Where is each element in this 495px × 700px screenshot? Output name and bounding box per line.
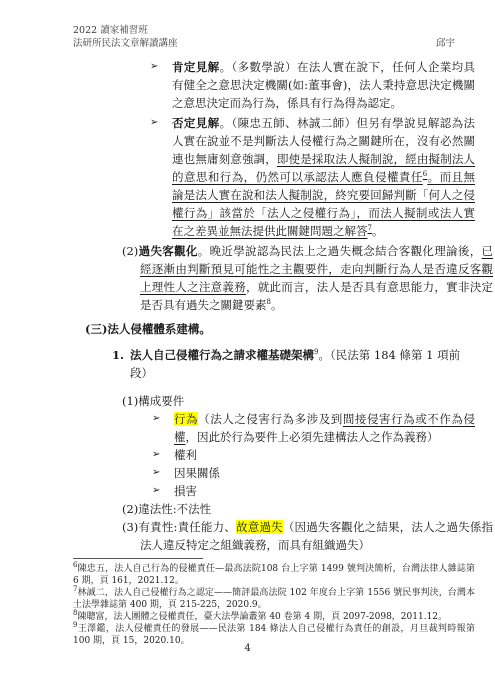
conduct-tail: ，因此於行為要件上必須先建構法人之作為義務） [186,430,439,444]
negligence-objectification: (2)過失客觀化。晚近學說認為民法上之過失概念結合客觀化理論後，已經逐漸由判斷預… [122,242,493,314]
footnote: 6陳忠五，法人自己行為的侵權責任—最高法院108 台上字第 1499 號判決簡析… [73,563,475,587]
heading-title: 法人自己侵權行為之請求權基礎架構 [130,348,314,362]
arrow-bullet-icon: ➢ [152,446,174,464]
opinion-negative: ➢ 否定見解。（陳忠五師、林誠二師）但另有學說見解認為法人實在說並不是判斷法人侵… [150,114,475,240]
footnote-text: 陳忠五，法人自己行為的侵權責任—最高法院108 台上字第 1499 號判決簡析，… [73,564,475,586]
punct: 。 [271,298,283,312]
list-label: (3) [122,520,138,534]
footnote-divider [73,558,203,559]
footnotes: 6陳忠五，法人自己行為的侵權責任—最高法院108 台上字第 1499 號判決簡析… [73,563,475,647]
punct: 。 [220,60,232,74]
opinion-negative-text: 否定見解。（陳忠五師、林誠二師）但另有學說見解認為法人實在說並不是判斷法人侵權行… [172,114,475,240]
header-course: 2022 讀家補習班 [73,24,178,37]
document-page: 2022 讀家補習班 法研所民法文章解讀講座 邱宇 ➢ 肯定見解。（多數學說）在… [0,0,495,700]
arrow-bullet-icon: ➢ [152,410,174,446]
header-left: 2022 讀家補習班 法研所民法文章解讀講座 [73,24,178,50]
illegality-text: 違法性:不法性 [138,502,211,516]
list-label: (1) [122,394,138,408]
punct: 。 [198,244,210,258]
punct: 。 [220,116,232,130]
arrow-bullet-icon: ➢ [150,114,172,240]
list-label: (2) [122,502,138,516]
opinion-affirmative-term: 肯定見解 [172,60,220,74]
punct: 。 [372,224,384,238]
header-seminar: 法研所民法文章解讀講座 [73,37,178,50]
highlighted-term: 故意過失 [236,520,283,534]
numbered-heading: 1. 法人自己侵權行為之請求權基礎架構9。（民法第 184 條第 1 項前段） [112,346,475,382]
element-right: ➢ 權利 [152,446,475,464]
page-number: 4 [0,640,495,658]
opinion-affirmative-text: 肯定見解。（多數學說）在法人實在說下，任何人企業均具有健全之意思決定機關(如:董… [172,58,475,112]
elements-title: 構成要件 [138,394,184,408]
element-conduct: ➢ 行為（法人之侵害行為多涉及到間接侵害行為或不作為侵權，因此於行為要件上必須先… [152,410,475,446]
culpability-line: (3)有責性:責任能力、故意過失（因過失客觀化之結果，法人之過失係指法人違反特定… [122,518,493,554]
element-label: 權利 [174,446,475,464]
elements-label-line: (1)構成要件 [122,392,475,410]
opinion-affirmative: ➢ 肯定見解。（多數學說）在法人實在說下，任何人企業均具有健全之意思決定機關(如… [150,58,475,112]
heading-number: 1. [112,346,130,382]
arrow-bullet-icon: ➢ [152,464,174,482]
punct: （ [198,412,210,426]
element-causation: ➢ 因果關係 [152,464,475,482]
conduct-lead: 法人之侵害行為多涉及到 [210,412,343,426]
footnote-text: 陳聰富，法人團體之侵權責任，臺大法學論叢第 40 卷第 4 期，頁 2097-2… [77,612,447,622]
opinion-negative-term: 否定見解 [172,116,220,130]
footnote: 8陳聰富，法人團體之侵權責任，臺大法學論叢第 40 卷第 4 期，頁 2097-… [73,611,475,623]
negligence-term: 過失客觀化 [138,244,197,258]
arrow-bullet-icon: ➢ [152,482,174,500]
element-conduct-text: 行為（法人之侵害行為多涉及到間接侵害行為或不作為侵權，因此於行為要件上必須先建構… [174,410,475,446]
list-label: (2) [122,244,138,258]
negligence-lead: 晚近學說認為民法上之過失概念結合客觀化理論後， [210,244,482,258]
footnote-text: 林誠二，法人自己侵權行為之認定——簡評最高法院 102 年度台上字第 1556 … [73,588,475,610]
illegality-line: (2)違法性:不法性 [122,500,493,518]
culpability-lead: 有責性:責任能力、 [138,520,236,534]
heading-body: 法人自己侵權行為之請求權基礎架構9。（民法第 184 條第 1 項前段） [130,346,475,382]
header-author: 邱宇 [436,37,475,50]
arrow-bullet-icon: ➢ [150,58,172,112]
element-damage: ➢ 損害 [152,482,475,500]
footnote: 7林誠二，法人自己侵權行為之認定——簡評最高法院 102 年度台上字第 1556… [73,587,475,611]
element-label: 損害 [174,482,475,500]
highlighted-term: 行為 [174,412,198,426]
page-header: 2022 讀家補習班 法研所民法文章解讀講座 邱宇 [73,24,475,50]
section-heading: (三)法人侵權體系建構。 [85,320,475,338]
element-label: 因果關係 [174,464,475,482]
